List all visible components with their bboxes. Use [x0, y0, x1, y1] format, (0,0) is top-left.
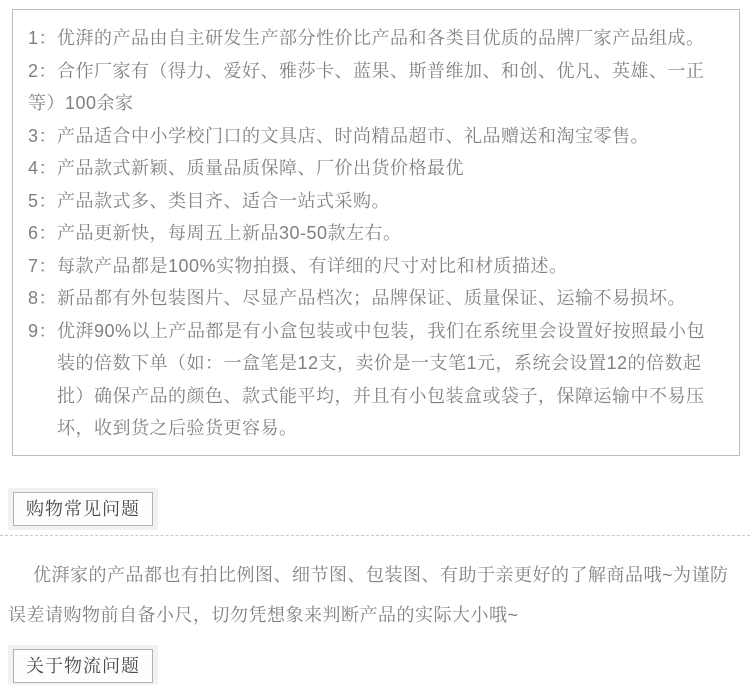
info-list-item: 5：产品款式多、类目齐、适合一站式采购。	[28, 185, 723, 218]
info-list-item: 2：合作厂家有（得力、爱好、雅莎卡、蓝果、斯普维加、和创、优凡、英雄、一正等）1…	[28, 55, 723, 120]
section-header-shopping-faq: 购物常见问题	[8, 488, 158, 530]
shopping-faq-paragraph: 优湃家的产品都也有拍比例图、细节图、包装图、有助于亲更好的了解商品哦~为谨防误差…	[8, 555, 744, 635]
info-list-item: 1：优湃的产品由自主研发生产部分性价比产品和各类目优质的品牌厂家产品组成。	[28, 22, 723, 55]
info-list-item: 7：每款产品都是100%实物拍摄、有详细的尺寸对比和材质描述。	[28, 250, 723, 283]
info-list-item: 6：产品更新快，每周五上新品30-50款左右。	[28, 217, 723, 250]
section-header-row-shopping-faq: 购物常见问题	[8, 488, 750, 530]
info-list-item: 4：产品款式新颖、质量品质保障、厂价出货价格最优	[28, 152, 723, 185]
info-list-item: 9：优湃90%以上产品都是有小盒包装或中包装，我们在系统里会设置好按照最小包装的…	[28, 315, 723, 445]
dashed-divider	[0, 535, 750, 536]
product-description-page: 1：优湃的产品由自主研发生产部分性价比产品和各类目优质的品牌厂家产品组成。 2：…	[0, 0, 750, 685]
product-info-box: 1：优湃的产品由自主研发生产部分性价比产品和各类目优质的品牌厂家产品组成。 2：…	[12, 9, 740, 456]
section-header-row-logistics: 关于物流问题	[8, 645, 750, 685]
info-list-item: 3：产品适合中小学校门口的文具店、时尚精品超市、礼品赠送和淘宝零售。	[28, 120, 723, 153]
section-title-logistics: 关于物流问题	[13, 649, 153, 683]
info-list-item: 8：新品都有外包装图片、尽显产品档次；品牌保证、质量保证、运输不易损坏。	[28, 282, 723, 315]
section-header-logistics: 关于物流问题	[8, 645, 158, 685]
section-title-shopping-faq: 购物常见问题	[13, 492, 153, 526]
